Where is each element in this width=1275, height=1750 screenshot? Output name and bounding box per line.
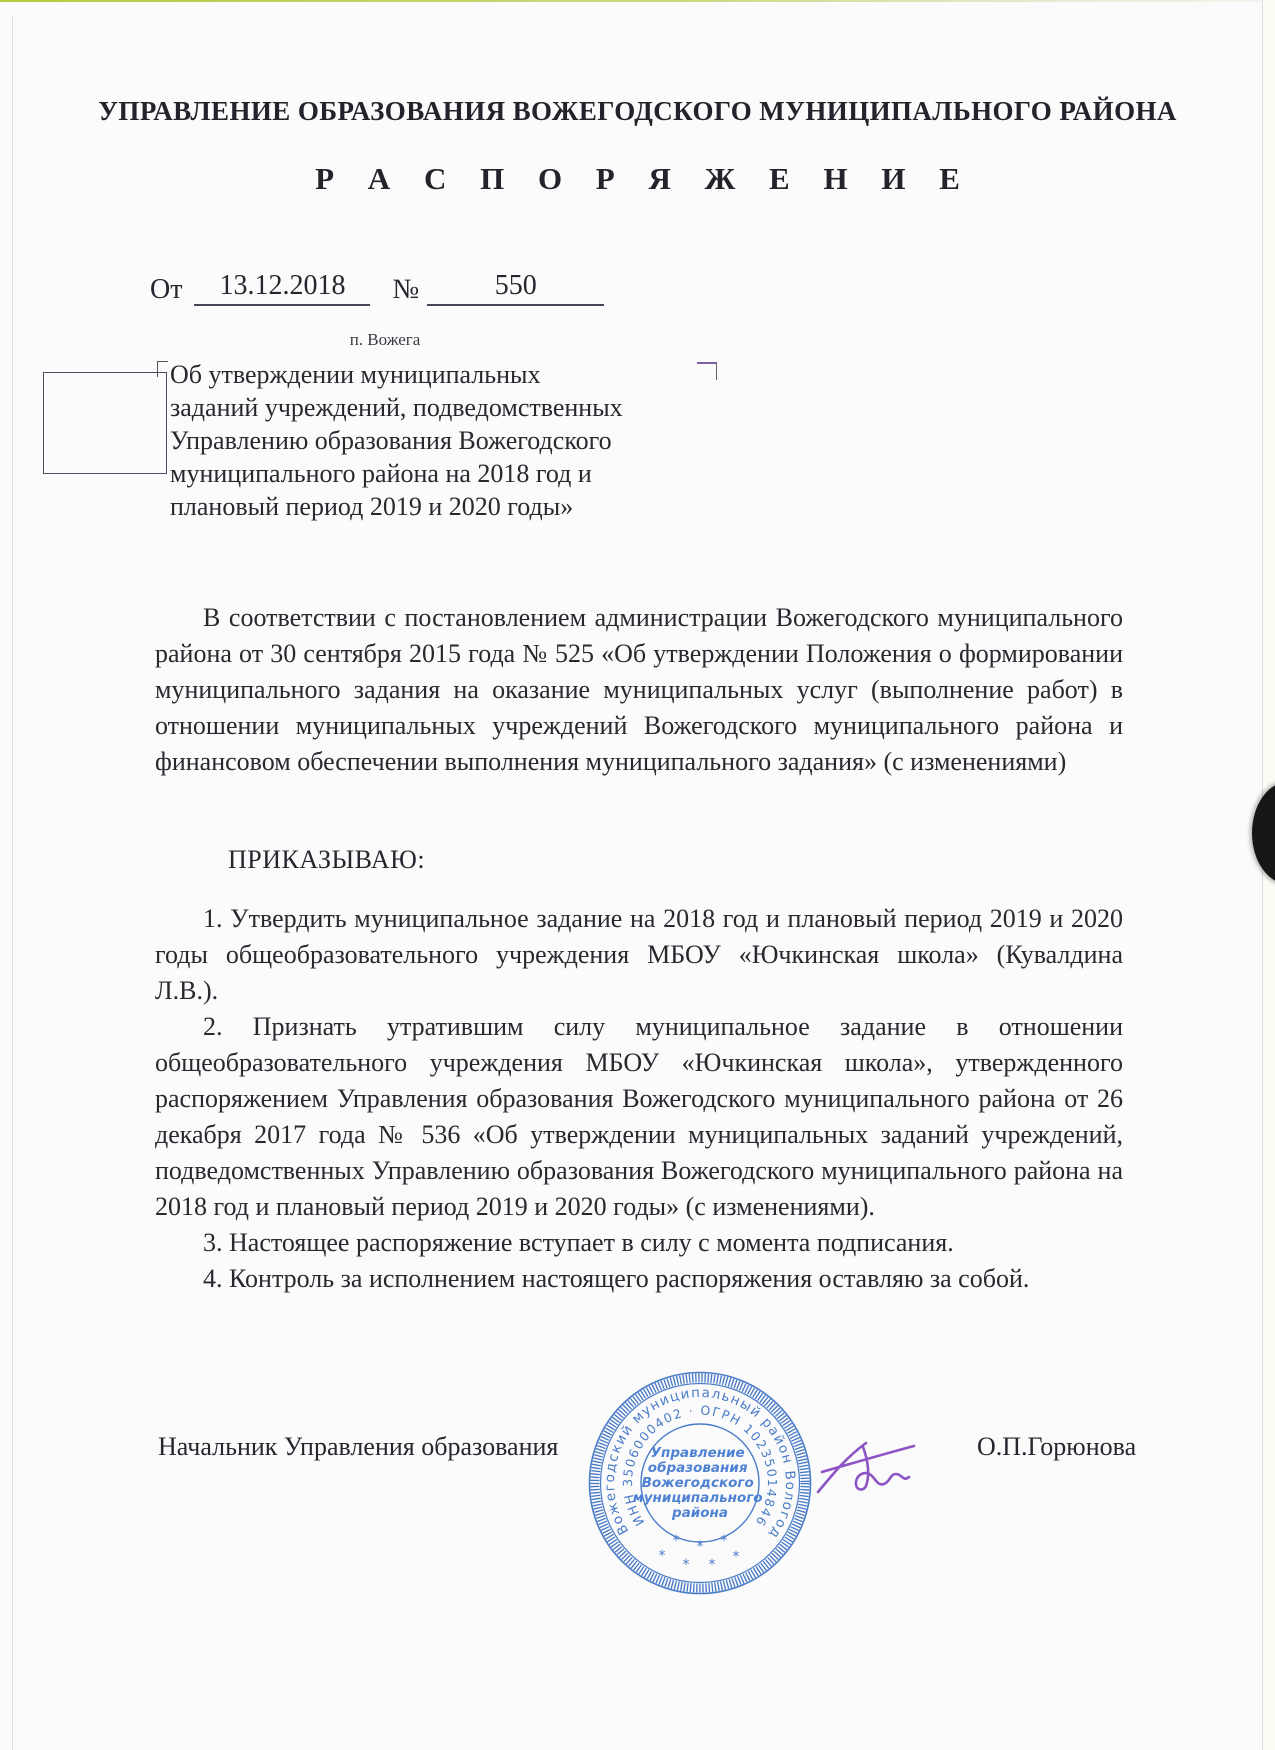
place-name: п. Вожега [300,330,470,350]
svg-text:*: * [697,1539,704,1555]
date-value-field: 13.12.2018 [194,270,370,306]
svg-text:*: * [709,1557,716,1573]
order-word: ПРИКАЗЫВАЮ: [228,845,425,875]
svg-text:*: * [659,1548,666,1564]
preamble-paragraph: В соответствии с постановлением админист… [155,600,1123,780]
scan-edge-left-line [12,16,13,1750]
subject-corner-open-mark [157,361,168,377]
order-item-2: 2. Признать утратившим силу муниципально… [155,1009,1123,1225]
subject-block: Об утверждении муниципальных заданий учр… [170,358,755,523]
date-number-line: От13.12.2018№550 [150,270,604,306]
date-label: От [150,274,182,305]
signer-name: О.П.Горюнова [977,1432,1136,1462]
organization-name: УПРАВЛЕНИЕ ОБРАЗОВАНИЯ ВОЖЕГОДСКОГО МУНИ… [0,96,1275,127]
order-item-4: 4. Контроль за исполнением настоящего ра… [155,1261,1123,1297]
empty-margin-box [43,372,167,474]
document-type-title: Р А С П О Р Я Ж Е Н И Е [0,161,1275,197]
handwritten-signature [805,1435,925,1505]
stamp-center-text: Управление образования Вожегодского муни… [633,1445,768,1521]
svg-text:*: * [721,1533,728,1549]
number-value-field: 550 [427,270,604,306]
order-items: 1. Утвердить муниципальное задание на 20… [155,901,1123,1297]
svg-text:*: * [673,1533,680,1549]
scan-edge-right-line [1262,0,1263,1750]
document-page: УПРАВЛЕНИЕ ОБРАЗОВАНИЯ ВОЖЕГОДСКОГО МУНИ… [0,0,1275,1750]
order-item-3: 3. Настоящее распоряжение вступает в сил… [155,1225,1123,1261]
order-item-1: 1. Утвердить муниципальное задание на 20… [155,901,1123,1009]
svg-text:*: * [683,1557,690,1573]
official-round-stamp: Вожегодский муниципальный район Вологодс… [588,1371,812,1595]
scan-edge-top [0,0,1275,2]
svg-text:*: * [733,1549,740,1565]
signer-position: Начальник Управления образования [158,1432,558,1462]
number-label: № [392,274,419,305]
stamp-asterisks: * * * * * * * [659,1533,740,1573]
scan-artifact-blob [1252,782,1275,884]
